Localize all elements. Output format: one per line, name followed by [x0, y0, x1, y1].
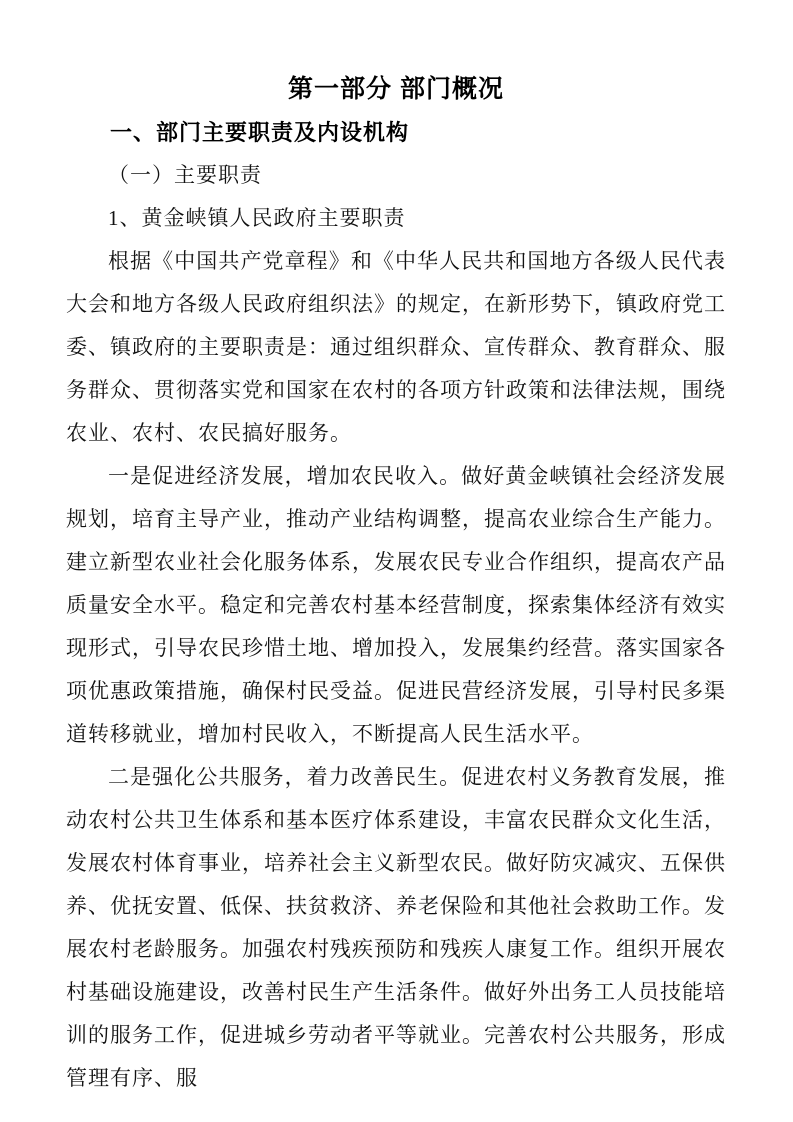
item-heading: 1、黄金峡镇人民政府主要职责: [66, 197, 726, 240]
paragraph-duty-2-public-services: 二是强化公共服务，着力改善民生。促进农村义务教育发展，推动农村公共卫生体系和基本…: [66, 756, 726, 1100]
section-heading: 一、部门主要职责及内设机构: [66, 111, 726, 154]
paragraph-basis: 根据《中国共产党章程》和《中华人民共和国地方各级人民代表大会和地方各级人民政府组…: [66, 240, 726, 455]
subsection-heading: （一）主要职责: [66, 154, 726, 197]
paragraph-duty-1-economy: 一是促进经济发展，增加农民收入。做好黄金峡镇社会经济发展规划，培育主导产业，推动…: [66, 455, 726, 756]
document-title: 第一部分 部门概况: [66, 68, 726, 111]
document-page: 第一部分 部门概况 一、部门主要职责及内设机构 （一）主要职责 1、黄金峡镇人民…: [0, 0, 793, 1122]
